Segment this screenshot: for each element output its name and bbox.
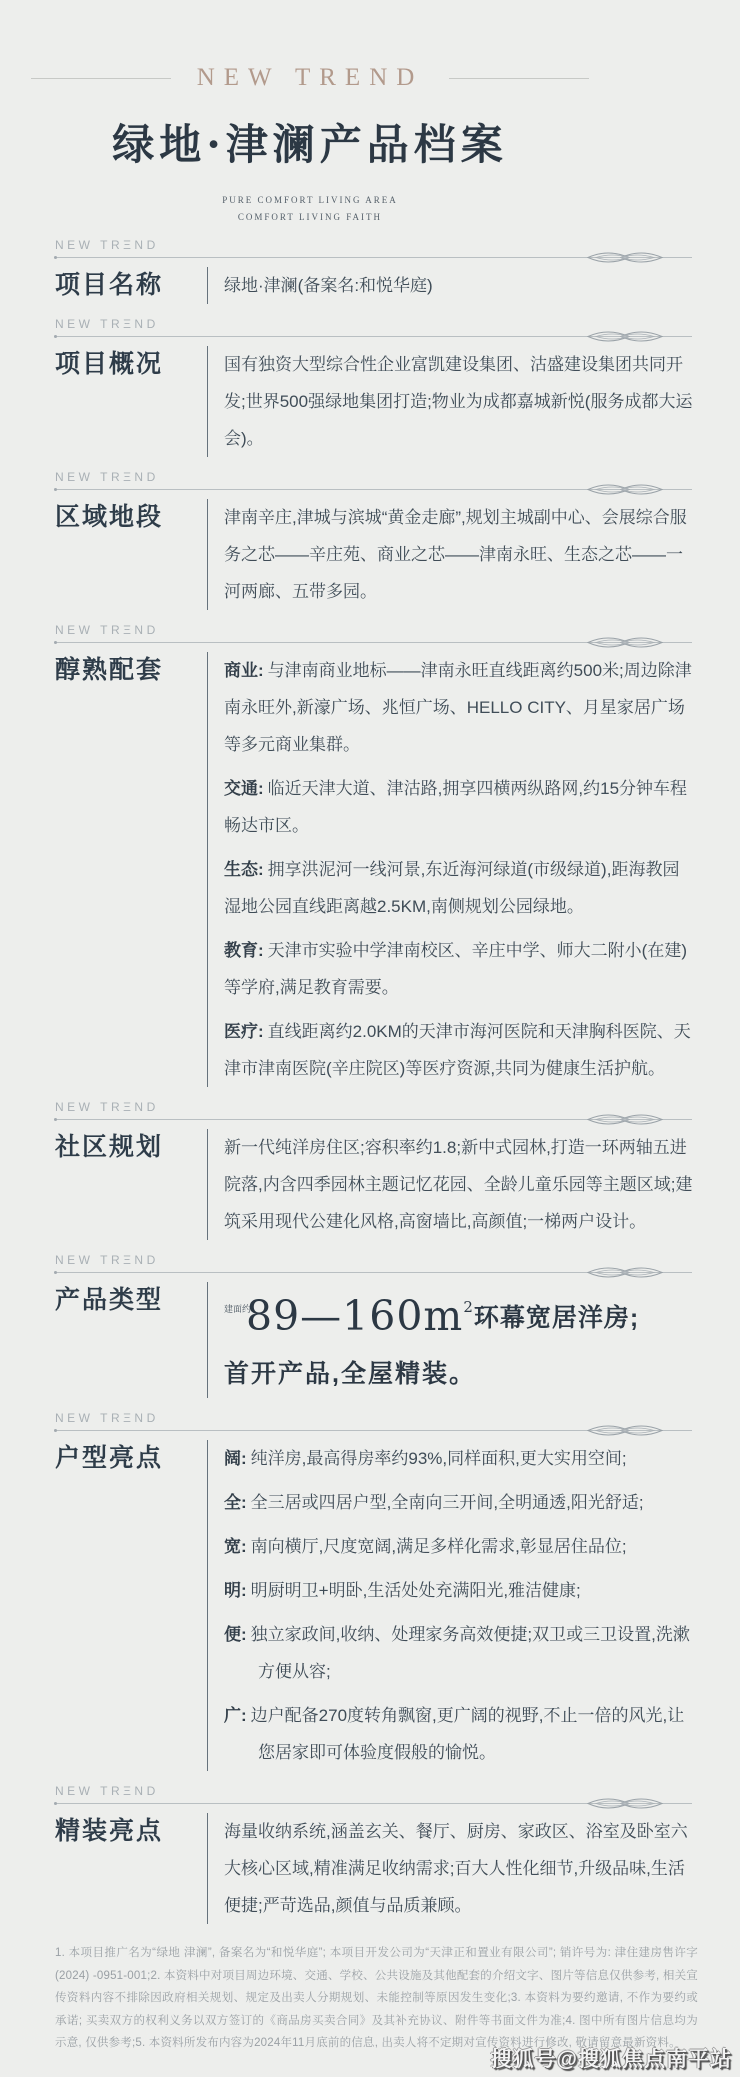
infinity-leaf-icon: [586, 632, 664, 653]
paragraph-lead: 明:: [224, 1581, 247, 1600]
paragraph-lead: 医疗:: [224, 1022, 264, 1041]
divider-line: [55, 1272, 692, 1273]
infinity-leaf-icon: [586, 1262, 664, 1283]
paragraph: 阔:纯洋房,最高得房率约93%,同样面积,更大实用空间;: [224, 1440, 696, 1477]
page-subtitle: PURE COMFORT LIVING AREA COMFORT LIVING …: [0, 192, 620, 225]
eyebrow-row: NEW TREND: [0, 64, 620, 92]
infinity-leaf-icon: [586, 326, 664, 347]
paragraph: 全:全三居或四居户型,全南向三开间,全明通透,阳光舒适;: [224, 1484, 696, 1521]
paragraph-lead: 生态:: [224, 860, 264, 879]
section-7: 户型亮点阔:纯洋房,最高得房率约93%,同样面积,更大实用空间;全:全三居或四居…: [55, 1440, 696, 1771]
product-line-2: 首开产品,全屋精装。: [224, 1350, 696, 1398]
divider-line: [55, 336, 692, 337]
section-body: 国有独资大型综合性企业富凯建设集团、沽盛建设集团共同开发;世界500强绿地集团打…: [207, 346, 696, 457]
paragraph: 交通:临近天津大道、津沽路,拥享四横两纵路网,约15分钟车程畅达市区。: [224, 770, 696, 844]
paragraph: 便:独立家政间,收纳、处理家务高效便捷;双卫或三卫设置,洗漱方便从容;: [224, 1616, 696, 1690]
paragraph: 津南辛庄,津城与滨城“黄金走廊”,规划主城副中心、会展综合服务之芯——辛庄苑、商…: [224, 499, 696, 610]
paragraph-lead: 商业:: [224, 661, 264, 680]
new-trend-divider: NEW TRΞND: [55, 238, 696, 258]
paragraph: 生态:拥享洪泥河一线河景,东近海河绿道(市级绿道),距海教园湿地公园直线距离越2…: [224, 851, 696, 925]
infinity-leaf-icon: [586, 1420, 664, 1441]
divider-line: [55, 1803, 692, 1804]
page-title: 绿地·津澜产品档案: [0, 112, 620, 172]
section-1: 项目名称绿地·津澜(备案名:和悦华庭): [55, 267, 696, 304]
section-title: 区域地段: [55, 499, 207, 610]
divider-line: [55, 642, 692, 643]
eyebrow-text: NEW TREND: [197, 64, 424, 92]
section-title: 精装亮点: [55, 1813, 207, 1924]
divider-line: [55, 1119, 692, 1120]
new-trend-divider: NEW TRΞND: [55, 623, 696, 643]
section-title: 项目名称: [55, 267, 207, 304]
section-8: 精装亮点海量收纳系统,涵盖玄关、餐厅、厨房、家政区、浴室及卧室六大核心区域,精准…: [55, 1813, 696, 1924]
new-trend-divider: NEW TRΞND: [55, 1411, 696, 1431]
divider-line: [55, 489, 692, 490]
section-6: 产品类型建面约89—160m2环幕宽居洋房;首开产品,全屋精装。: [55, 1282, 696, 1398]
section-body: 新一代纯洋房住区;容积率约1.8;新中式园林,打造一环两轴五进院落,内含四季园林…: [207, 1129, 696, 1240]
disclaimer-text: 1. 本项目推广名为“绿地 津澜”, 备案名为“和悦华庭”; 本项目开发公司为“…: [55, 1942, 698, 2054]
infinity-leaf-icon: [586, 479, 664, 500]
section-title: 社区规划: [55, 1129, 207, 1240]
paragraph: 国有独资大型综合性企业富凯建设集团、沽盛建设集团共同开发;世界500强绿地集团打…: [224, 346, 696, 457]
section-title: 产品类型: [55, 1282, 207, 1398]
eyebrow-line-left: [31, 78, 171, 79]
section-title: 户型亮点: [55, 1440, 207, 1771]
paragraph-lead: 阔:: [224, 1449, 247, 1468]
page-footer: 1. 本项目推广名为“绿地 津澜”, 备案名为“和悦华庭”; 本项目开发公司为“…: [0, 1928, 740, 2054]
paragraph-lead: 宽:: [224, 1537, 247, 1556]
sections: NEW TRΞND项目名称绿地·津澜(备案名:和悦华庭)NEW TRΞND项目概…: [0, 238, 740, 1924]
section-body: 商业:与津南商业地标——津南永旺直线距离约500米;周边除津南永旺外,新濠广场、…: [207, 652, 696, 1087]
divider-line: [55, 1430, 692, 1431]
paragraph-lead: 便:: [224, 1625, 247, 1644]
section-body: 津南辛庄,津城与滨城“黄金走廊”,规划主城副中心、会展综合服务之芯——辛庄苑、商…: [207, 499, 696, 610]
page-header: NEW TREND 绿地·津澜产品档案 PURE COMFORT LIVING …: [0, 0, 620, 225]
sohu-watermark: 搜狐号@搜狐焦点南平站: [491, 2043, 732, 2073]
section-body: 阔:纯洋房,最高得房率约93%,同样面积,更大实用空间;全:全三居或四居户型,全…: [207, 1440, 696, 1771]
infinity-leaf-icon: [586, 1109, 664, 1130]
paragraph-lead: 广:: [224, 1706, 247, 1725]
section-title: 醇熟配套: [55, 652, 207, 1087]
paragraph: 教育:天津市实验中学津南校区、辛庄中学、师大二附小(在建)等学府,满足教育需要。: [224, 932, 696, 1006]
new-trend-divider: NEW TRΞND: [55, 1253, 696, 1273]
section-4: 醇熟配套商业:与津南商业地标——津南永旺直线距离约500米;周边除津南永旺外,新…: [55, 652, 696, 1087]
paragraph: 宽:南向横厅,尺度宽阔,满足多样化需求,彰显居住品位;: [224, 1528, 696, 1565]
paragraph-lead: 教育:: [224, 941, 264, 960]
divider-line: [55, 257, 692, 258]
new-trend-divider: NEW TRΞND: [55, 317, 696, 337]
infinity-leaf-icon: [586, 247, 664, 268]
section-2: 项目概况国有独资大型综合性企业富凯建设集团、沽盛建设集团共同开发;世界500强绿…: [55, 346, 696, 457]
subtitle-line-2: COMFORT LIVING FAITH: [0, 209, 620, 226]
paragraph-lead: 全:: [224, 1493, 247, 1512]
section-title: 项目概况: [55, 346, 207, 457]
section-body: 建面约89—160m2环幕宽居洋房;首开产品,全屋精装。: [207, 1282, 696, 1398]
paragraph: 新一代纯洋房住区;容积率约1.8;新中式园林,打造一环两轴五进院落,内含四季园林…: [224, 1129, 696, 1240]
paragraph-lead: 交通:: [224, 779, 264, 798]
section-body: 绿地·津澜(备案名:和悦华庭): [207, 267, 696, 304]
new-trend-divider: NEW TRΞND: [55, 470, 696, 490]
paragraph: 广:边户配备270度转角飘窗,更广阔的视野,不止一倍的风光,让您居家即可体验度假…: [224, 1697, 696, 1771]
eyebrow-line-right: [449, 78, 589, 79]
new-trend-divider: NEW TRΞND: [55, 1100, 696, 1120]
new-trend-divider: NEW TRΞND: [55, 1784, 696, 1804]
subtitle-line-1: PURE COMFORT LIVING AREA: [0, 192, 620, 209]
area-approx-label: 建面约: [224, 1304, 244, 1315]
product-area-line: 建面约89—160m2环幕宽居洋房;: [224, 1282, 696, 1350]
paragraph: 医疗:直线距离约2.0KM的天津市海河医院和天津胸科医院、天津市津南医院(辛庄院…: [224, 1013, 696, 1087]
section-body: 海量收纳系统,涵盖玄关、餐厅、厨房、家政区、浴室及卧室六大核心区域,精准满足收纳…: [207, 1813, 696, 1924]
section-5: 社区规划新一代纯洋房住区;容积率约1.8;新中式园林,打造一环两轴五进院落,内含…: [55, 1129, 696, 1240]
product-tagline: 环幕宽居洋房;: [474, 1304, 639, 1332]
paragraph: 绿地·津澜(备案名:和悦华庭): [224, 267, 696, 304]
area-range-value: 89—160m2: [246, 1292, 474, 1340]
paragraph: 商业:与津南商业地标——津南永旺直线距离约500米;周边除津南永旺外,新濠广场、…: [224, 652, 696, 763]
paragraph: 明:明厨明卫+明卧,生活处处充满阳光,雅洁健康;: [224, 1572, 696, 1609]
infinity-leaf-icon: [586, 1793, 664, 1814]
section-3: 区域地段津南辛庄,津城与滨城“黄金走廊”,规划主城副中心、会展综合服务之芯——辛…: [55, 499, 696, 610]
paragraph: 海量收纳系统,涵盖玄关、餐厅、厨房、家政区、浴室及卧室六大核心区域,精准满足收纳…: [224, 1813, 696, 1924]
